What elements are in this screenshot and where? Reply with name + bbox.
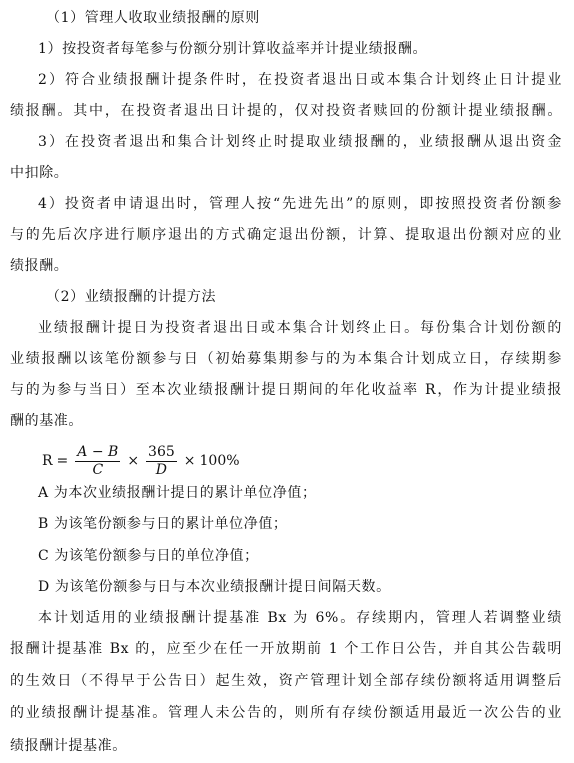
definition-b: B 为该笔份额参与日的累计单位净值； [38, 514, 288, 534]
principle-1-line-1: 1）按投资者每笔参与份额分别计算收益率并计提业绩报酬。 [38, 39, 562, 59]
fraction-1-numerator: A − B [75, 444, 120, 461]
document-page: （1）管理人收取业绩报酬的原则 1）按投资者每笔参与份额分别计算收益率并计提业绩… [0, 0, 574, 763]
principle-2-line-2: 绩报酬。其中，在投资者退出日计提的，仅对投资者赎回的份额计提业绩报酬。 [10, 101, 562, 121]
principle-3-line-2: 中扣除。 [10, 163, 562, 183]
principle-4-line-1: 4）投资者申请退出时，管理人按“先进先出”的原则，即按照投资者份额参 [38, 194, 562, 214]
method-intro-line-3: 与的为参与当日）至本次业绩报酬计提日期间的年化收益率 R，作为计提业绩报 [10, 380, 562, 400]
benchmark-line-2: 报酬计提基准 Bx 的，应至少在任一开放期前 1 个工作日公告，并自其公告载明 [10, 639, 562, 659]
principle-4-line-2: 与的先后次序进行顺序退出的方式确定退出份额，计算、提取退出份额对应的业 [10, 225, 562, 245]
method-intro-line-4: 酬的基准。 [10, 411, 562, 431]
formula-tail: 100% [200, 453, 240, 469]
benchmark-line-4: 的业绩报酬计提基准。管理人未公告的，则所有存续份额适用最近一次公告的业 [10, 703, 562, 723]
return-rate-formula: R = A − B C × 365 D × 100% [42, 440, 240, 482]
benchmark-line-5: 绩报酬计提基准。 [10, 736, 562, 756]
section-2-heading: （2）业绩报酬的计提方法 [46, 287, 216, 307]
principle-3-line-1: 3）在投资者退出和集合计划终止时提取业绩报酬的，业绩报酬从退出资金 [38, 132, 562, 152]
section-1-heading: （1）管理人收取业绩报酬的原则 [46, 8, 260, 28]
formula-times-2: × [184, 453, 196, 469]
formula-fraction-2: 365 D [146, 444, 177, 479]
principle-2-line-1: 2）符合业绩报酬计提条件时，在投资者退出日或本集合计划终止日计提业 [38, 70, 562, 90]
definition-d: D 为该笔份额参与日与本次业绩报酬计提日间隔天数。 [38, 577, 391, 597]
formula-times-1: × [127, 453, 139, 469]
definition-a: A 为本次业绩报酬计提日的累计单位净值； [38, 483, 317, 503]
formula-lhs: R [42, 453, 53, 469]
principle-4-line-3: 绩报酬。 [10, 256, 562, 276]
fraction-2-numerator: 365 [146, 444, 177, 461]
formula-equals: = [57, 453, 69, 469]
method-intro-line-2: 业绩报酬以该笔份额参与日（初始募集期参与的为本集合计划成立日，存续期参 [10, 349, 562, 369]
benchmark-line-1: 本计划适用的业绩报酬计提基准 Bx 为 6%。存续期内，管理人若调整业绩 [38, 608, 562, 628]
benchmark-line-3: 的生效日（不得早于公告日）起生效，资产管理计划全部存续份额将适用调整后 [10, 671, 562, 691]
fraction-1-denominator: C [90, 462, 105, 479]
definition-c: C 为该笔份额参与日的单位净值； [38, 546, 259, 566]
fraction-2-denominator: D [154, 462, 169, 479]
method-intro-line-1: 业绩报酬计提日为投资者退出日或本集合计划终止日。每份集合计划份额的 [38, 318, 562, 338]
formula-fraction-1: A − B C [75, 444, 120, 479]
